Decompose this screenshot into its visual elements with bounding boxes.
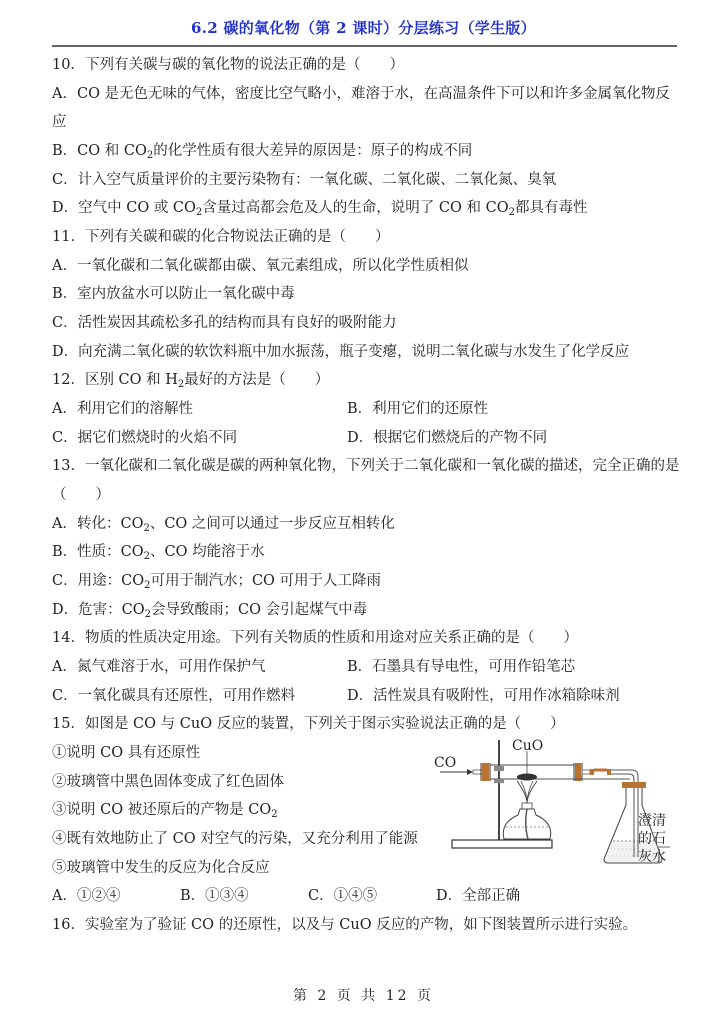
question-11-option-d: D．向充满二氧化碳的软饮料瓶中加水振荡，瓶子变瘪，说明二氧化碳与水发生了化学反应	[52, 342, 629, 362]
text: ③说明 CO 被还原后的产物是 CO	[52, 802, 271, 818]
question-15-statement-1: ①说明 CO 具有还原性	[52, 743, 200, 763]
question-15-option-a: A．①②④	[52, 886, 120, 906]
text: B．性质：CO	[52, 544, 144, 560]
text: 的化学性质有很大差异的原因是：原子的构成不同	[153, 143, 472, 159]
question-14-option-d: D．活性炭具有吸附性，可用作冰箱除味剂	[347, 686, 620, 706]
question-10-option-a: A．CO 是无色无味的气体，密度比空气略小，难溶于水，在高温条件下可以和许多金属…	[52, 84, 670, 104]
page-number: 第 2 页 共 12 页	[0, 985, 727, 1005]
text: 最好的方法是（ ）	[184, 372, 329, 388]
text: 都具有毒性	[515, 200, 588, 216]
text: 含量过高都会危及人的生命，说明了 CO 和 CO	[202, 200, 508, 216]
question-13-option-d: D．危害：CO2会导致酸雨；CO 会引起煤气中毒	[52, 600, 367, 620]
question-15-statement-3: ③说明 CO 被还原后的产物是 CO2	[52, 800, 278, 820]
text: 、CO 均能溶于水	[150, 544, 265, 560]
text: D．空气中 CO 或 CO	[52, 200, 196, 216]
label-limewater-1: 澄清	[638, 813, 666, 829]
text: D．危害：CO	[52, 602, 145, 618]
question-15-statement-4: ④既有效地防止了 CO 对空气的污染，又充分利用了能源	[52, 829, 418, 849]
question-15-option-c: C．①④⑤	[308, 886, 377, 906]
question-15-option-d: D．全部正确	[436, 886, 520, 906]
text: 、CO 之间可以通过一步反应互相转化	[150, 516, 395, 532]
label-co: CO	[434, 755, 456, 771]
question-14-option-c: C．一氧化碳具有还原性，可用作燃料	[52, 686, 295, 706]
question-15-statement-5: ⑤玻璃管中发生的反应为化合反应	[52, 858, 270, 878]
label-limewater-2: 的石	[638, 831, 666, 847]
question-14-stem: 14．物质的性质决定用途。下列有关物质的性质和用途对应关系正确的是（ ）	[52, 628, 578, 648]
question-12-option-b: B．利用它们的还原性	[347, 399, 488, 419]
title-divider	[52, 45, 677, 47]
question-12-option-d: D．根据它们燃烧后的产物不同	[347, 428, 547, 448]
question-10-option-c: C．计入空气质量评价的主要污染物有：一氧化碳、二氧化碳、二氧化氮、臭氧	[52, 170, 556, 190]
question-16-stem: 16．实验室为了验证 CO 的还原性，以及与 CuO 反应的产物，如下图装置所示…	[52, 915, 637, 935]
question-12-options-row-1: A．利用它们的溶解性	[52, 399, 193, 419]
text: B．CO 和 CO	[52, 143, 147, 159]
question-10-option-a-cont: 应	[52, 112, 67, 132]
question-10-option-b: B．CO 和 CO2的化学性质有很大差异的原因是：原子的构成不同	[52, 141, 472, 161]
question-12-option-a: A．利用它们的溶解性	[52, 401, 193, 417]
question-11-option-a: A．一氧化碳和二氧化碳都由碳、氧元素组成，所以化学性质相似	[52, 256, 468, 276]
text: 可用于制汽水；CO 可用于人工降雨	[150, 573, 381, 589]
label-cuo: CuO	[512, 738, 543, 754]
subscript: 2	[271, 809, 277, 820]
question-11-option-c: C．活性炭因其疏松多孔的结构而具有良好的吸附能力	[52, 313, 397, 333]
question-11-option-b: B．室内放盆水可以防止一氧化碳中毒	[52, 284, 295, 304]
question-13-option-c: C．用途：CO2可用于制汽水；CO 可用于人工降雨	[52, 571, 381, 591]
question-15-option-b: B．①③④	[180, 886, 249, 906]
question-13-option-a: A．转化：CO2、CO 之间可以通过一步反应互相转化	[52, 514, 395, 534]
document-title: 6.2 碳的氧化物（第 2 课时）分层练习（学生版）	[0, 17, 727, 38]
question-12-stem: 12．区别 CO 和 H2最好的方法是（ ）	[52, 370, 329, 390]
text: C．用途：CO	[52, 573, 144, 589]
label-limewater-3: 灰水	[638, 849, 666, 865]
question-12-option-c: C．据它们燃烧时的火焰不同	[52, 428, 237, 448]
question-13-option-b: B．性质：CO2、CO 均能溶于水	[52, 542, 265, 562]
question-14-option-b: B．石墨具有导电性，可用作铅笔芯	[347, 657, 575, 677]
question-13-stem: 13．一氧化碳和二氧化碳是碳的两种氧化物，下列关于二氧化碳和一氧化碳的描述，完全…	[52, 456, 679, 476]
text: 会导致酸雨；CO 会引起煤气中毒	[151, 602, 367, 618]
text: 12．区别 CO 和 H	[52, 372, 178, 388]
co-cuo-apparatus-figure: CO CuO 澄清 的石 灰水	[432, 735, 682, 870]
question-10-option-d: D．空气中 CO 或 CO2含量过高都会危及人的生命，说明了 CO 和 CO2都…	[52, 198, 587, 218]
question-15-statement-2: ②玻璃管中黑色固体变成了红色固体	[52, 772, 284, 792]
question-11-stem: 11．下列有关碳和碳的化合物说法正确的是（ ）	[52, 227, 389, 247]
question-10-stem: 10．下列有关碳与碳的氧化物的说法正确的是（ ）	[52, 55, 404, 75]
question-15-stem: 15．如图是 CO 与 CuO 反应的装置，下列关于图示实验说法正确的是（ ）	[52, 714, 565, 734]
text: A．转化：CO	[52, 516, 143, 532]
question-13-stem-cont: （ ）	[52, 485, 110, 505]
question-14-option-a: A．氮气难溶于水，可用作保护气	[52, 657, 265, 677]
